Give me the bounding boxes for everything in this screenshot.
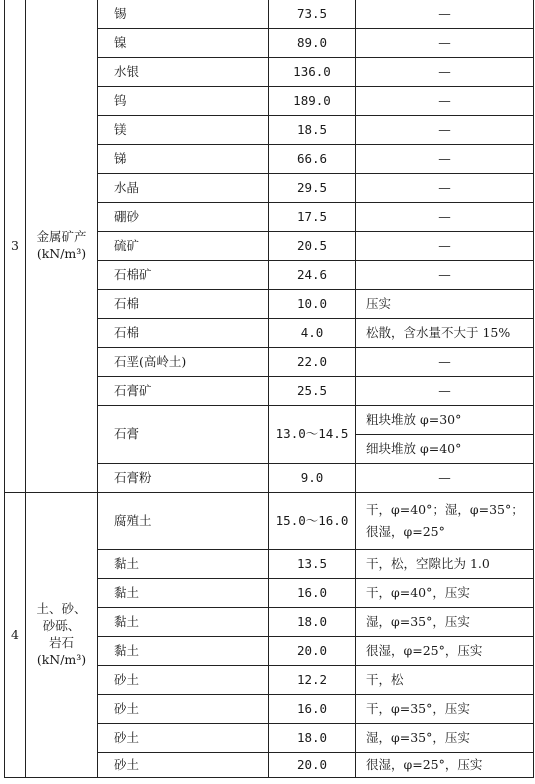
- density-value: 20.0: [269, 753, 356, 778]
- material-name: 石垩(高岭土): [98, 348, 269, 377]
- density-value: 18.0: [269, 724, 356, 753]
- material-density-table: 3 金属矿产 (kN/m³) 锡 73.5 — 镍 89.0 — 水银 136.…: [4, 0, 534, 778]
- material-name: 石棉矿: [98, 261, 269, 290]
- material-name: 黏土: [98, 579, 269, 608]
- category-label-line: 砂砾、: [26, 618, 97, 635]
- remark: 细块堆放 φ=40°: [356, 435, 534, 464]
- material-name: 水银: [98, 58, 269, 87]
- remark: 湿，φ=35°，压实: [356, 724, 534, 753]
- remark: —: [356, 58, 534, 87]
- density-value: 9.0: [269, 464, 356, 493]
- remark: —: [356, 261, 534, 290]
- material-name: 石膏粉: [98, 464, 269, 493]
- density-value: 18.0: [269, 608, 356, 637]
- remark: 干，松: [356, 666, 534, 695]
- density-value: 16.0: [269, 579, 356, 608]
- group-category: 土、砂、 砂砾、 岩石 (kN/m³): [26, 493, 98, 778]
- density-value: 66.6: [269, 145, 356, 174]
- density-value: 136.0: [269, 58, 356, 87]
- density-value: 15.0～16.0: [269, 493, 356, 550]
- category-unit: (kN/m³): [26, 652, 97, 669]
- density-value: 18.5: [269, 116, 356, 145]
- material-name: 硼砂: [98, 203, 269, 232]
- remark: —: [356, 87, 534, 116]
- group-number: 3: [5, 0, 26, 493]
- remark: 干，φ=40°，压实: [356, 579, 534, 608]
- material-name: 砂土: [98, 724, 269, 753]
- group-number: 4: [5, 493, 26, 778]
- remark: 压实: [356, 290, 534, 319]
- remark: 干，φ=40°；湿，φ=35°； 很湿，φ=25°: [356, 493, 534, 550]
- remark: 干，松，空隙比为 1.0: [356, 550, 534, 579]
- material-name: 硫矿: [98, 232, 269, 261]
- density-value: 17.5: [269, 203, 356, 232]
- density-value: 29.5: [269, 174, 356, 203]
- material-name: 石棉: [98, 319, 269, 348]
- density-value: 10.0: [269, 290, 356, 319]
- density-value: 20.5: [269, 232, 356, 261]
- density-value: 16.0: [269, 695, 356, 724]
- material-name: 石膏: [98, 406, 269, 464]
- material-name: 砂土: [98, 666, 269, 695]
- material-name: 锡: [98, 0, 269, 29]
- table-row: 3 金属矿产 (kN/m³) 锡 73.5 —: [5, 0, 534, 29]
- table-row: 4 土、砂、 砂砾、 岩石 (kN/m³) 腐殖土 15.0～16.0 干，φ=…: [5, 493, 534, 550]
- density-value: 22.0: [269, 348, 356, 377]
- remark: 很湿，φ=25°，压实: [356, 753, 534, 778]
- material-name: 水晶: [98, 174, 269, 203]
- material-name: 镁: [98, 116, 269, 145]
- category-label-line: 土、砂、: [26, 601, 97, 618]
- material-name: 砂土: [98, 753, 269, 778]
- remark: —: [356, 203, 534, 232]
- density-value: 24.6: [269, 261, 356, 290]
- material-name: 腐殖土: [98, 493, 269, 550]
- remark: 干，φ=35°，压实: [356, 695, 534, 724]
- density-value: 4.0: [269, 319, 356, 348]
- category-unit: (kN/m³): [26, 246, 97, 263]
- remark-line: 很湿，φ=25°: [366, 521, 533, 543]
- material-name: 黏土: [98, 550, 269, 579]
- density-value: 20.0: [269, 637, 356, 666]
- material-name: 石膏矿: [98, 377, 269, 406]
- material-name: 镍: [98, 29, 269, 58]
- remark: —: [356, 464, 534, 493]
- material-name: 黏土: [98, 637, 269, 666]
- remark: —: [356, 0, 534, 29]
- material-name: 钨: [98, 87, 269, 116]
- remark-line: 干，φ=40°；湿，φ=35°；: [366, 499, 533, 521]
- remark: —: [356, 348, 534, 377]
- group-category: 金属矿产 (kN/m³): [26, 0, 98, 493]
- remark: —: [356, 145, 534, 174]
- material-name: 砂土: [98, 695, 269, 724]
- remark: —: [356, 29, 534, 58]
- density-value: 12.2: [269, 666, 356, 695]
- density-value: 13.0～14.5: [269, 406, 356, 464]
- density-value: 189.0: [269, 87, 356, 116]
- remark: 松散，含水量不大于 15%: [356, 319, 534, 348]
- density-value: 25.5: [269, 377, 356, 406]
- remark: —: [356, 116, 534, 145]
- density-value: 73.5: [269, 0, 356, 29]
- category-label: 金属矿产: [26, 229, 97, 246]
- remark: 粗块堆放 φ=30°: [356, 406, 534, 435]
- remark: —: [356, 377, 534, 406]
- density-value: 89.0: [269, 29, 356, 58]
- category-label-line: 岩石: [26, 635, 97, 652]
- remark: 很湿，φ=25°，压实: [356, 637, 534, 666]
- material-name: 黏土: [98, 608, 269, 637]
- material-name: 锑: [98, 145, 269, 174]
- remark: —: [356, 232, 534, 261]
- remark: 湿，φ=35°，压实: [356, 608, 534, 637]
- material-name: 石棉: [98, 290, 269, 319]
- remark: —: [356, 174, 534, 203]
- density-value: 13.5: [269, 550, 356, 579]
